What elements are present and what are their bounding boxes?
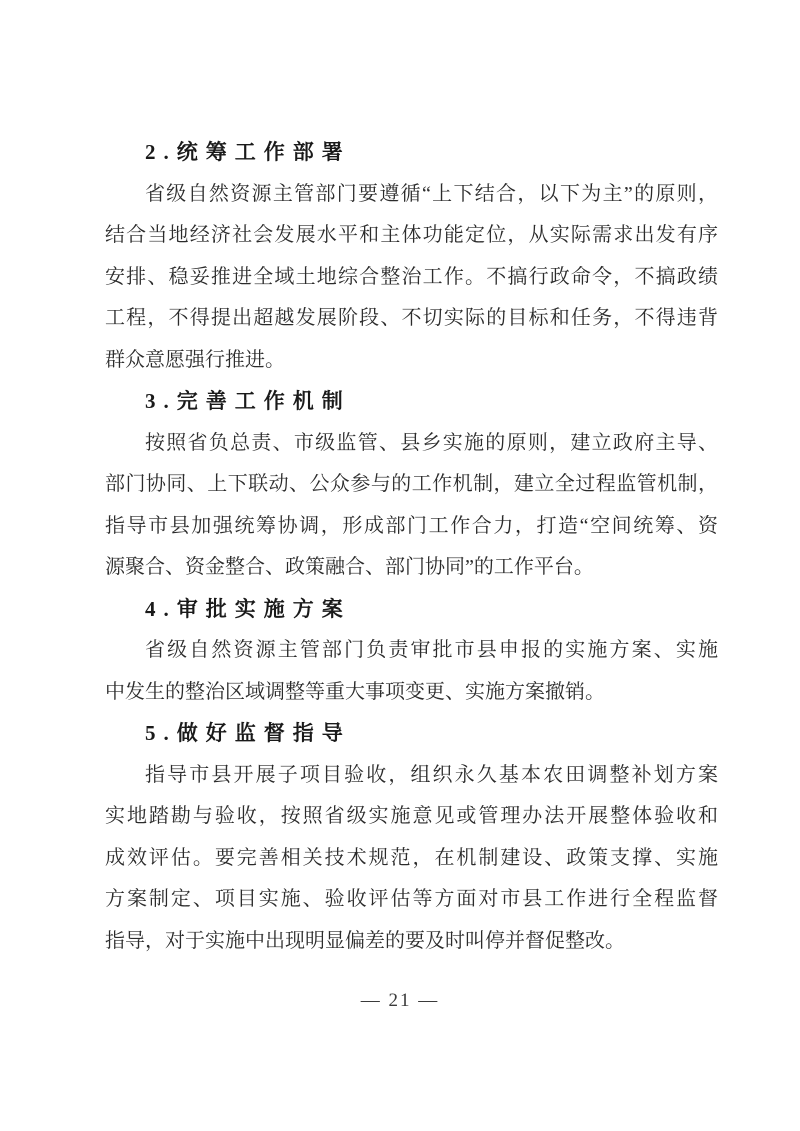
document-body: 2.统筹工作部署 省级自然资源主管部门要遵循“上下结合，以下为主”的原则， 结合… (105, 132, 718, 962)
page-number: — 21 — (0, 990, 800, 1012)
text-line: 结合当地经济社会发展水平和主体功能定位，从实际需求出发有序 (105, 215, 718, 257)
text-line: 部门协同、上下联动、公众参与的工作机制，建立全过程监管机制， (105, 464, 718, 506)
text-line: 实地踏勘与验收，按照省级实施意见或管理办法开展整体验收和 (105, 796, 718, 838)
text-line: 工程，不得提出超越发展阶段、不切实际的目标和任务，不得违背 (105, 298, 718, 340)
text-line: 成效评估。要完善相关技术规范，在机制建设、政策支撑、实施 (105, 838, 718, 880)
section-heading-3: 3.完善工作机制 (105, 381, 718, 423)
text-line: 源聚合、资金整合、政策融合、部门协同”的工作平台。 (105, 547, 718, 589)
text-line: 指导市县开展子项目验收，组织永久基本农田调整补划方案 (105, 755, 718, 797)
text-line: 省级自然资源主管部门要遵循“上下结合，以下为主”的原则， (105, 174, 718, 216)
text-line: 指导市县加强统筹协调，形成部门工作合力，打造“空间统筹、资 (105, 506, 718, 548)
text-line: 按照省负总责、市级监管、县乡实施的原则，建立政府主导、 (105, 423, 718, 465)
text-line: 群众意愿强行推进。 (105, 340, 718, 382)
document-page: 2.统筹工作部署 省级自然资源主管部门要遵循“上下结合，以下为主”的原则， 结合… (0, 0, 800, 1131)
text-line: 指导，对于实施中出现明显偏差的要及时叫停并督促整改。 (105, 921, 718, 963)
text-line: 方案制定、项目实施、验收评估等方面对市县工作进行全程监督 (105, 879, 718, 921)
section-heading-5: 5.做好监督指导 (105, 713, 718, 755)
section-heading-4: 4.审批实施方案 (105, 589, 718, 631)
text-line: 中发生的整治区域调整等重大事项变更、实施方案撤销。 (105, 672, 718, 714)
section-heading-2: 2.统筹工作部署 (105, 132, 718, 174)
text-line: 安排、稳妥推进全域土地综合整治工作。不搞行政命令，不搞政绩 (105, 257, 718, 299)
text-line: 省级自然资源主管部门负责审批市县申报的实施方案、实施 (105, 630, 718, 672)
